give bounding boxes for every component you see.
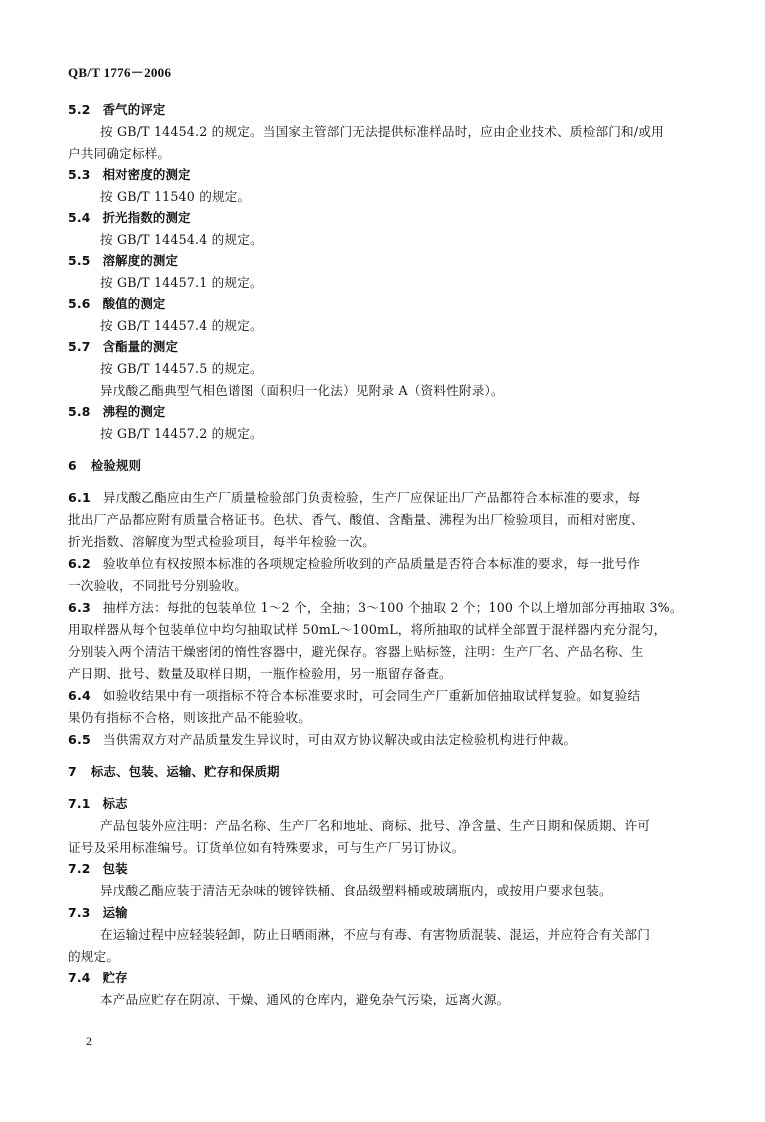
section-6-2-text-1: 6.2验收单位有权按照本标准的各项规定检验所收到的产品质量是否符合本标准的要求，…	[68, 556, 640, 572]
section-number: 7.4	[68, 970, 91, 986]
paragraph-text: 异戊酸乙酯应由生产厂质量检验部门负责检验，生产厂应保证出厂产品都符合本标准的要求…	[103, 490, 640, 505]
section-number: 6.3	[68, 600, 91, 616]
paragraph-text: 如验收结果中有一项指标不符合本标准要求时，可会同生产厂重新加倍抽取试样复验。如复…	[103, 688, 640, 703]
section-6-3-text-3: 分别装入两个清洁干燥密闭的惰性容器中，避光保存。容器上贴标签，注明：生产厂名、产…	[68, 644, 644, 660]
section-number: 7.1	[68, 796, 91, 812]
section-5-7-text-2: 异戊酸乙酯典型气相色谱图（面积归一化法）见附录 A（资料性附录）。	[100, 383, 504, 399]
section-number: 5.8	[68, 404, 91, 420]
section-7-1-text-2: 证号及采用标准编号。订货单位如有特殊要求，可与生产厂另订协议。	[68, 840, 465, 856]
section-5-8-heading: 5.8沸程的测定	[68, 404, 166, 420]
section-number: 5.6	[68, 296, 91, 312]
section-title: 溶解度的测定	[103, 253, 179, 268]
section-7-2-heading: 7.2包装	[68, 861, 128, 877]
section-title: 检验规则	[91, 458, 141, 473]
section-7-1-heading: 7.1标志	[68, 796, 128, 812]
section-6-3-text-2: 用取样器从每个包装单位中均匀抽取试样 50mL～100mL，将所抽取的试样全部置…	[68, 622, 666, 638]
section-number: 5.5	[68, 253, 91, 269]
paragraph-text: 当供需双方对产品质量发生异议时，可由双方协议解决或由法定检验机构进行仲裁。	[103, 732, 576, 747]
section-number: 6	[68, 458, 77, 474]
section-5-3-text: 按 GB/T 11540 的规定。	[100, 189, 250, 205]
section-7-4-heading: 7.4贮存	[68, 970, 128, 986]
document-page: QB/T 1776－2006 5.2香气的评定 按 GB/T 14454.2 的…	[0, 0, 765, 1122]
section-title: 折光指数的测定	[103, 210, 191, 225]
section-6-3-text-1: 6.3抽样方法：每批的包装单位 1～2 个，全抽；3～100 个抽取 2 个；1…	[68, 600, 683, 616]
section-5-2-text-1: 按 GB/T 14454.2 的规定。当国家主管部门无法提供标准样品时，应由企业…	[100, 124, 664, 140]
section-7-3-text-1: 在运输过程中应轻装轻卸，防止日晒雨淋，不应与有毒、有害物质混装、混运，并应符合有…	[100, 927, 650, 943]
section-number: 6.1	[68, 490, 91, 506]
paragraph-text: 抽样方法：每批的包装单位 1～2 个，全抽；3～100 个抽取 2 个；100 …	[103, 600, 683, 615]
section-title: 包装	[103, 861, 128, 876]
section-6-1-text-1: 6.1异戊酸乙酯应由生产厂质量检验部门负责检验，生产厂应保证出厂产品都符合本标准…	[68, 490, 640, 506]
section-6-heading: 6检验规则	[68, 458, 141, 474]
section-title: 沸程的测定	[103, 404, 166, 419]
section-6-4-text-1: 6.4如验收结果中有一项指标不符合本标准要求时，可会同生产厂重新加倍抽取试样复验…	[68, 688, 640, 704]
section-5-8-text: 按 GB/T 14457.2 的规定。	[100, 426, 263, 442]
section-title: 相对密度的测定	[103, 167, 191, 182]
section-5-7-heading: 5.7含酯量的测定	[68, 339, 178, 355]
section-5-4-text: 按 GB/T 14454.4 的规定。	[100, 232, 263, 248]
section-title: 含酯量的测定	[103, 339, 179, 354]
section-6-1-text-3: 折光指数、溶解度为型式检验项目，每半年检验一次。	[68, 534, 375, 550]
section-5-4-heading: 5.4折光指数的测定	[68, 210, 191, 226]
page-number: 2	[86, 1034, 92, 1049]
section-6-3-text-4: 产日期、批号、数量及取样日期，一瓶作检验用，另一瓶留存备查。	[68, 666, 452, 682]
section-5-2-text-2: 户共同确定标样。	[68, 146, 170, 162]
section-5-7-text-1: 按 GB/T 14457.5 的规定。	[100, 361, 263, 377]
section-7-4-text: 本产品应贮存在阴凉、干燥、通风的仓库内，避免杂气污染，远离火源。	[100, 992, 509, 1008]
section-5-6-text: 按 GB/T 14457.4 的规定。	[100, 318, 263, 334]
section-7-2-text: 异戊酸乙酯应装于清洁无杂味的镀锌铁桶、食品级塑料桶或玻璃瓶内，或按用户要求包装。	[100, 883, 612, 899]
section-7-3-text-2: 的规定。	[68, 949, 119, 965]
section-6-1-text-2: 批出厂产品都应附有质量合格证书。色状、香气、酸值、含酯量、沸程为出厂检验项目，而…	[68, 512, 644, 528]
section-5-2-heading: 5.2香气的评定	[68, 102, 166, 118]
section-title: 贮存	[103, 970, 128, 985]
section-6-5-text: 6.5当供需双方对产品质量发生异议时，可由双方协议解决或由法定检验机构进行仲裁。	[68, 732, 576, 748]
section-6-2-text-2: 一次验收，不同批号分别验收。	[68, 578, 247, 594]
section-5-3-heading: 5.3相对密度的测定	[68, 167, 191, 183]
section-number: 5.7	[68, 339, 91, 355]
section-5-6-heading: 5.6酸值的测定	[68, 296, 166, 312]
section-number: 6.4	[68, 688, 91, 704]
section-5-5-heading: 5.5溶解度的测定	[68, 253, 178, 269]
section-number: 5.4	[68, 210, 91, 226]
section-number: 6.5	[68, 732, 91, 748]
section-7-heading: 7标志、包装、运输、贮存和保质期	[68, 764, 280, 780]
section-number: 7	[68, 764, 77, 780]
section-title: 运输	[103, 905, 128, 920]
section-6-4-text-2: 果仍有指标不合格，则该批产品不能验收。	[68, 710, 311, 726]
section-7-3-heading: 7.3运输	[68, 905, 128, 921]
section-title: 标志	[103, 796, 128, 811]
section-title: 标志、包装、运输、贮存和保质期	[91, 764, 280, 779]
section-number: 7.2	[68, 861, 91, 877]
section-number: 7.3	[68, 905, 91, 921]
section-number: 5.3	[68, 167, 91, 183]
section-5-5-text: 按 GB/T 14457.1 的规定。	[100, 275, 263, 291]
section-title: 酸值的测定	[103, 296, 166, 311]
section-title: 香气的评定	[103, 102, 166, 117]
section-number: 6.2	[68, 556, 91, 572]
standard-code-header: QB/T 1776－2006	[68, 62, 171, 81]
section-number: 5.2	[68, 102, 91, 118]
paragraph-text: 验收单位有权按照本标准的各项规定检验所收到的产品质量是否符合本标准的要求，每一批…	[103, 556, 640, 571]
section-7-1-text-1: 产品包装外应注明：产品名称、生产厂名和地址、商标、批号、净含量、生产日期和保质期…	[100, 818, 650, 834]
